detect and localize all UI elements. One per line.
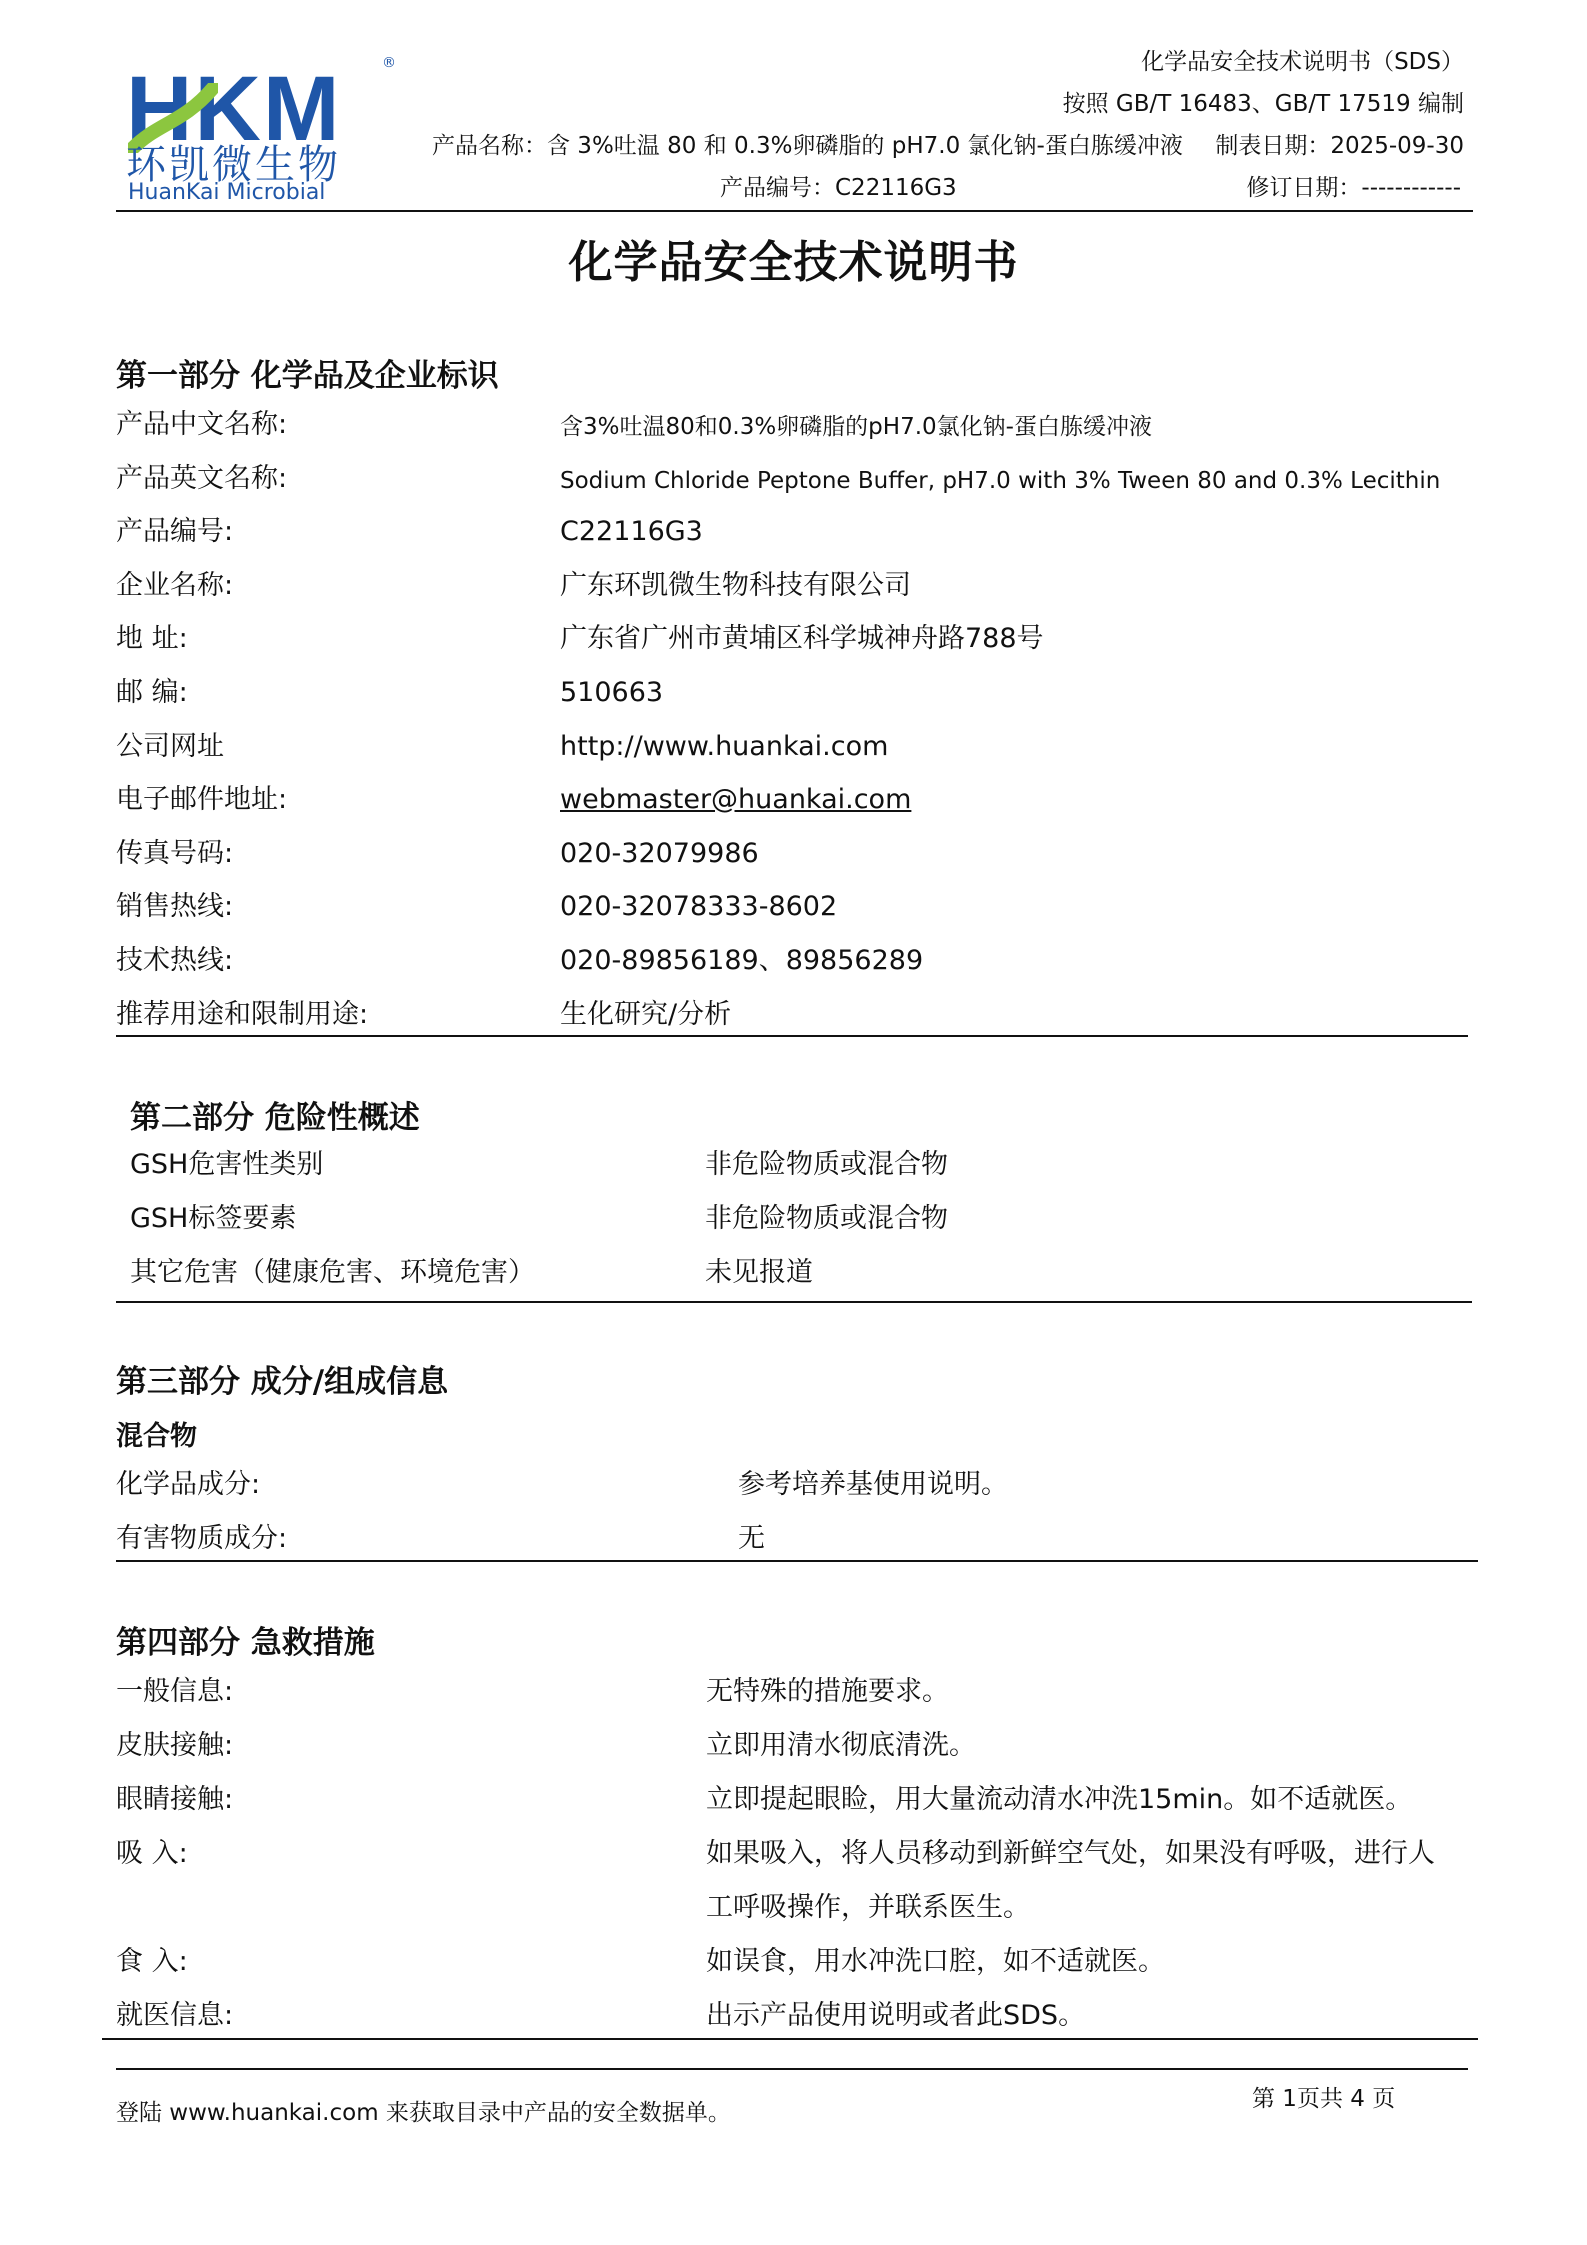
row-label: GSH危害性类别 (130, 1147, 323, 1183)
row-label: 公司网址 (116, 729, 224, 765)
row-label: 电子邮件地址: (116, 782, 287, 818)
section2-title: 第二部分 危险性概述 (130, 1092, 420, 1137)
header-product-name: 产品名称：含 3%吐温 80 和 0.3%卵磷脂的 pH7.0 氯化钠-蛋白胨缓… (432, 131, 1183, 161)
row-value: 未见报道 (705, 1255, 813, 1291)
row-value: 立即提起眼睑，用大量流动清水冲洗15min。如不适就医。 (706, 1782, 1412, 1818)
row-label: 推荐用途和限制用途: (116, 997, 368, 1033)
header-standard: 按照 GB/T 16483、GB/T 17519 编制 (1063, 89, 1464, 119)
row-label: 企业名称: (116, 568, 233, 604)
header-date-made: 制表日期：2025-09-30 (1215, 131, 1464, 161)
row-value: Sodium Chloride Peptone Buffer, pH7.0 wi… (560, 463, 1440, 499)
section2-divider (116, 1301, 1472, 1303)
section3-divider (116, 1560, 1478, 1562)
row-value: 广东环凯微生物科技有限公司 (560, 568, 911, 604)
row-label: 一般信息: (116, 1674, 233, 1710)
row-label: 吸 入: (116, 1836, 188, 1872)
section3-title: 第三部分 成分/组成信息 (116, 1356, 448, 1401)
footer-divider (116, 2068, 1468, 2070)
row-value-continued: 工呼吸操作，并联系医生。 (706, 1890, 1030, 1926)
row-label: 传真号码: (116, 836, 233, 872)
row-label: 产品中文名称: (116, 407, 287, 443)
row-value: 510663 (560, 675, 663, 711)
email-link[interactable]: webmaster@huankai.com (560, 782, 911, 818)
row-value: 无 (738, 1521, 765, 1557)
section4-title: 第四部分 急救措施 (116, 1617, 375, 1662)
section1-title: 第一部分 化学品及企业标识 (116, 350, 499, 395)
row-label: 眼睛接触: (116, 1782, 233, 1818)
row-label: 皮肤接触: (116, 1728, 233, 1764)
row-label: 产品编号: (116, 514, 233, 550)
header-product-code: 产品编号：C22116G3 (720, 173, 957, 203)
row-value: 含3%吐温80和0.3%卵磷脂的pH7.0氯化钠-蛋白胨缓冲液 (560, 409, 1152, 445)
header-divider (116, 210, 1473, 212)
row-value: 无特殊的措施要求。 (706, 1674, 949, 1710)
row-label: 就医信息: (116, 1998, 233, 2034)
row-value: C22116G3 (560, 514, 703, 550)
row-value: 020-32078333-8602 (560, 889, 837, 925)
row-value: 参考培养基使用说明。 (738, 1467, 1008, 1503)
row-value: 020-32079986 (560, 836, 759, 872)
header-revision-date: 修订日期：------------ (1246, 173, 1461, 203)
row-value: 立即用清水彻底清洗。 (706, 1728, 976, 1764)
row-value: 如误食，用水冲洗口腔，如不适就医。 (706, 1944, 1165, 1980)
website-link[interactable]: http://www.huankai.com (560, 729, 888, 765)
section4-divider (102, 2038, 1478, 2040)
footer-note: 登陆 www.huankai.com 来获取目录中产品的安全数据单。 (116, 2094, 731, 2127)
header-doc-type: 化学品安全技术说明书（SDS） (1141, 47, 1464, 77)
row-value: 生化研究/分析 (560, 997, 731, 1033)
row-label: 有害物质成分: (116, 1521, 287, 1557)
document-title: 化学品安全技术说明书 (0, 226, 1587, 290)
registered-icon: ® (382, 55, 396, 71)
row-label: GSH标签要素 (130, 1201, 296, 1237)
page-number: 第 1页共 4 页 (1252, 2080, 1395, 2113)
row-value: 出示产品使用说明或者此SDS。 (706, 1998, 1085, 2034)
row-value: 非危险物质或混合物 (705, 1147, 948, 1183)
row-label: 销售热线: (116, 889, 233, 925)
row-label: 邮 编: (116, 675, 188, 711)
row-label: 地 址: (116, 621, 188, 657)
company-logo: HKM ® 环凯微生物 HuanKai Microbial (120, 55, 410, 205)
section3-subtitle: 混合物 (116, 1414, 197, 1453)
row-value: 非危险物质或混合物 (705, 1201, 948, 1237)
row-label: 食 入: (116, 1944, 188, 1980)
logo-english-name: HuanKai Microbial (128, 181, 325, 205)
row-label: 产品英文名称: (116, 461, 287, 497)
row-value: 广东省广州市黄埔区科学城神舟路788号 (560, 621, 1044, 657)
row-value: 020-89856189、89856289 (560, 943, 923, 979)
row-label: 其它危害（健康危害、环境危害） (130, 1255, 535, 1291)
row-value: 如果吸入，将人员移动到新鲜空气处，如果没有呼吸，进行人 (706, 1836, 1435, 1872)
row-label: 技术热线: (116, 943, 233, 979)
row-label: 化学品成分: (116, 1467, 260, 1503)
section1-divider (116, 1035, 1468, 1037)
